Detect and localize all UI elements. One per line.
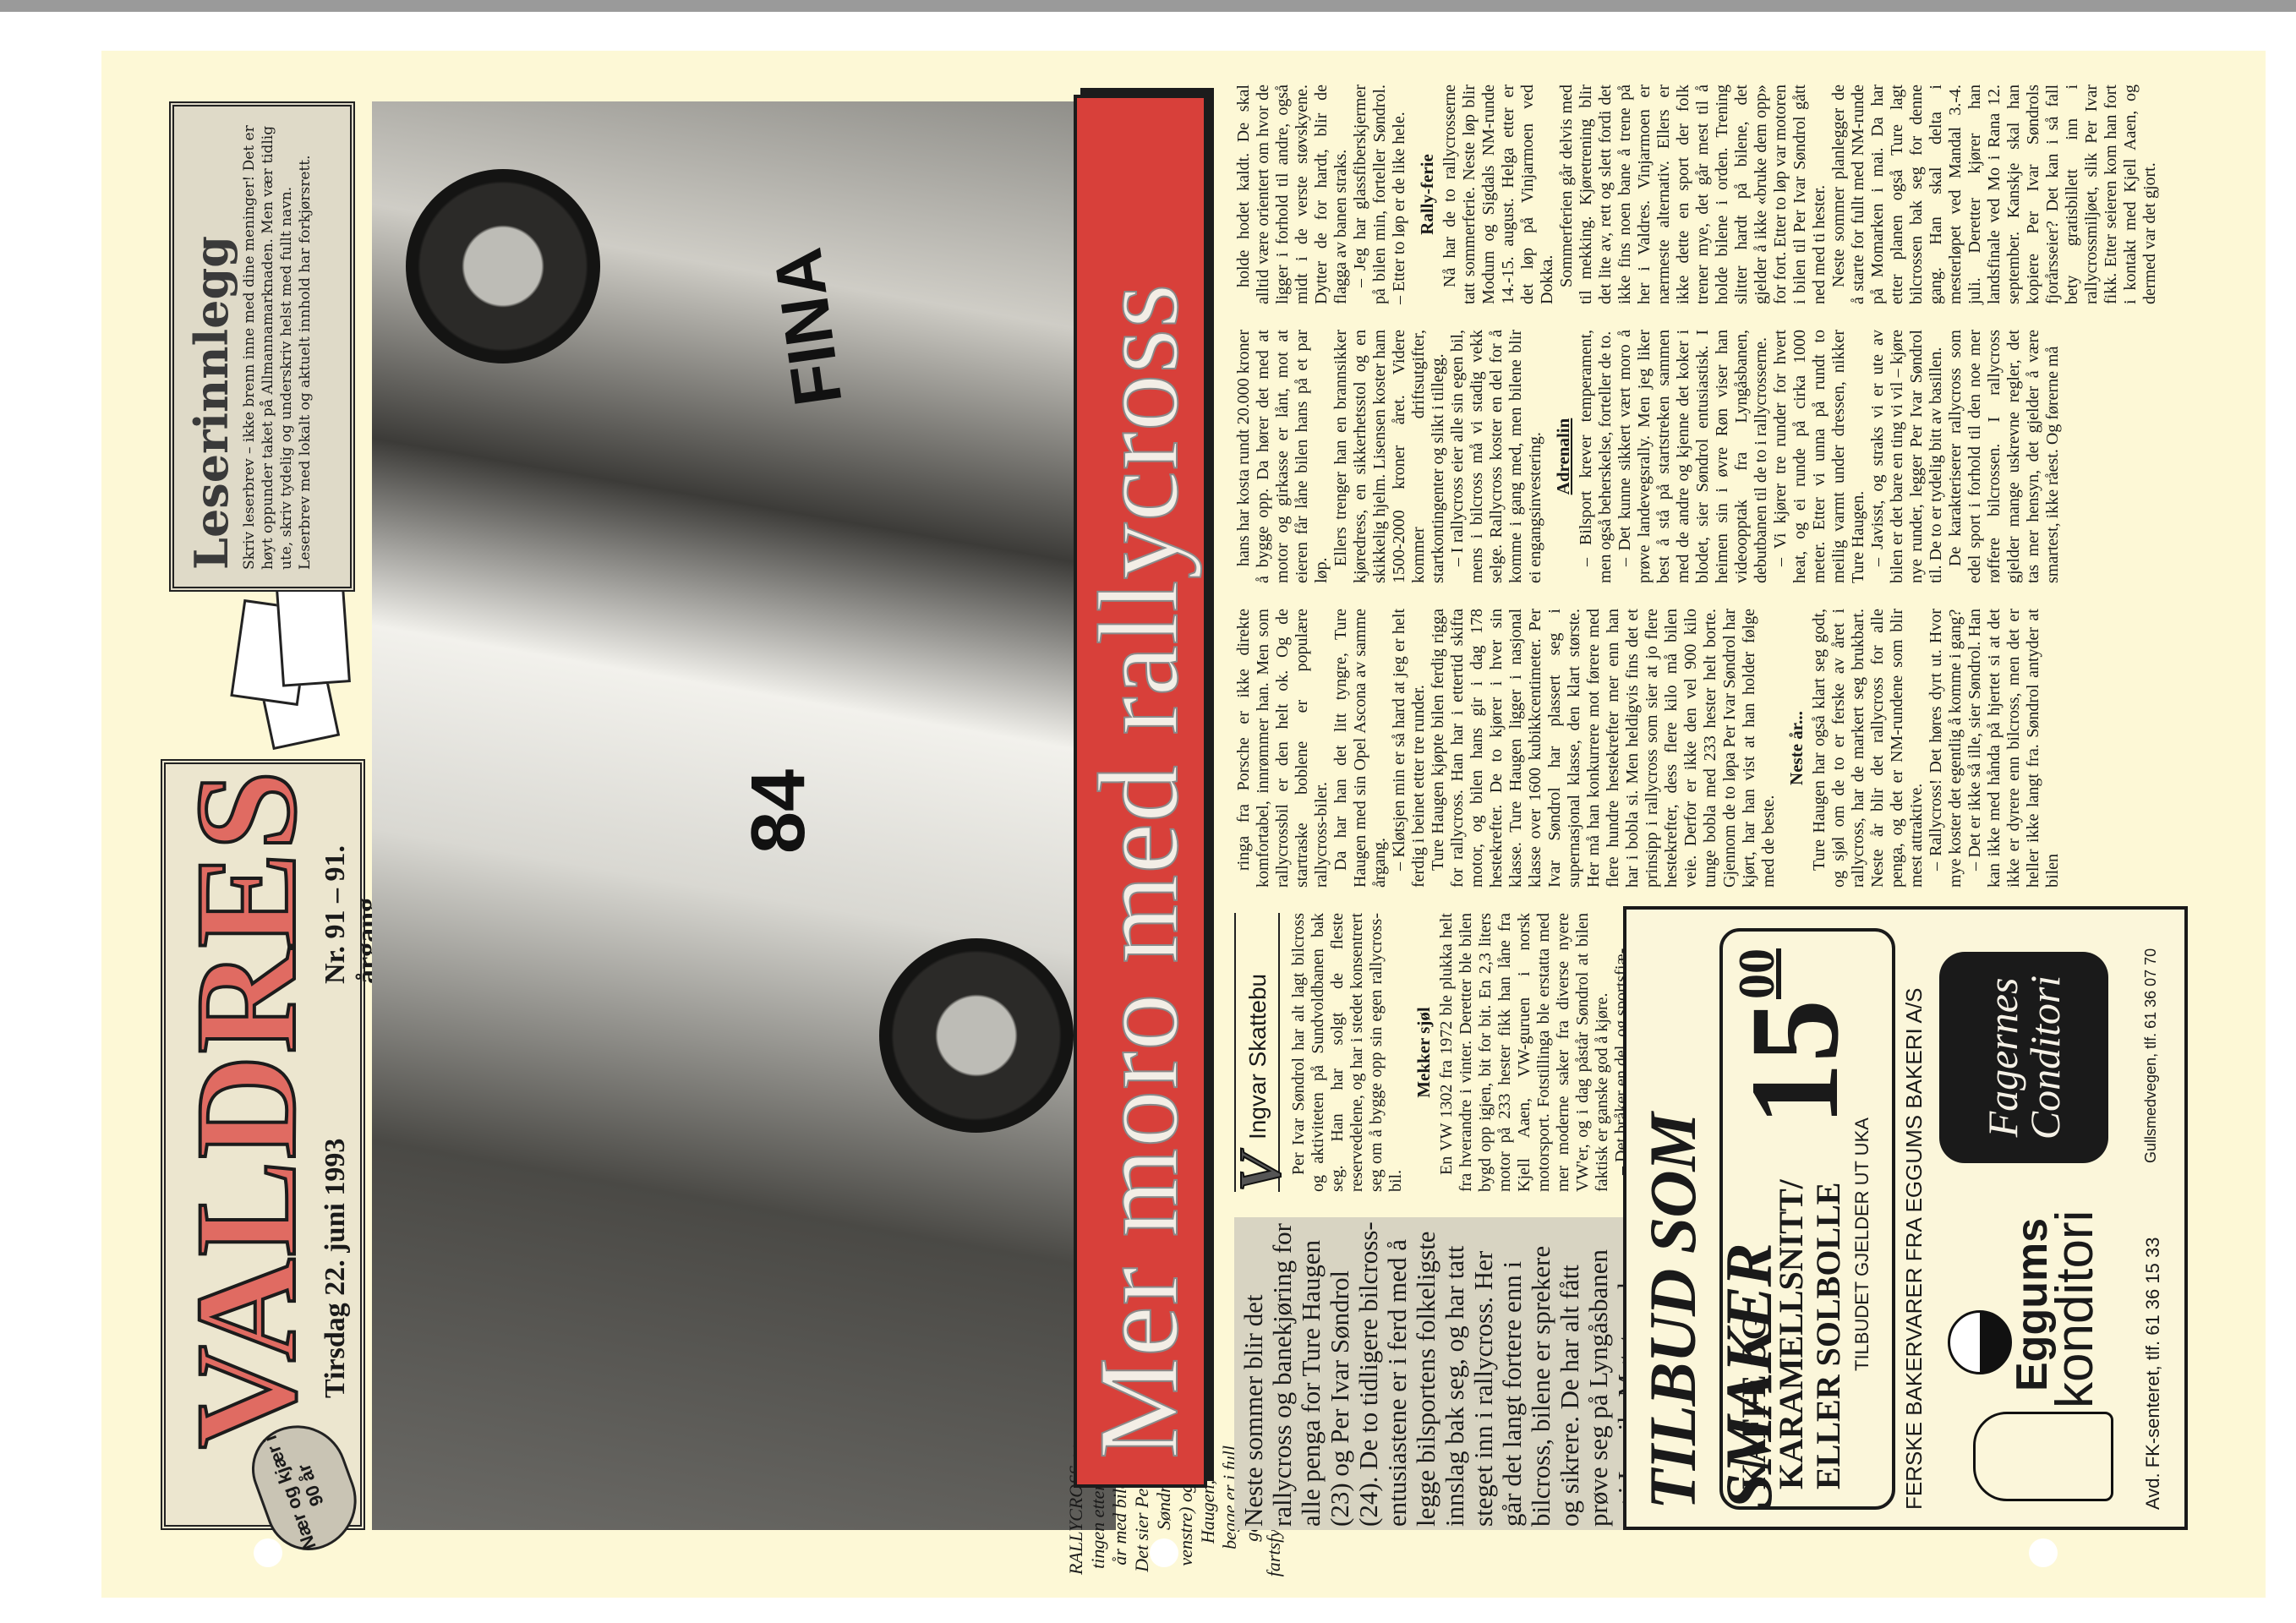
paragraph: – Bilsport krever temperament, men også … bbox=[1577, 330, 1615, 583]
paragraph: – I rallycross eier alle sin egen bil, m… bbox=[1448, 330, 1545, 583]
ad-offer-box: KAFFE OG KARAMELLSNITT/ ELLER SOLBOLLE 1… bbox=[1719, 928, 1895, 1510]
paragraph: Neste sommer planlegger de å starte for … bbox=[1829, 85, 2160, 304]
bakery-seal-icon bbox=[1948, 1310, 2012, 1374]
eggums-logo: Eggums konditori bbox=[1948, 1222, 2117, 1501]
letters-body: Skriv leserbrev – ikke brenn inne med di… bbox=[240, 123, 314, 570]
subhead: Adrenalin bbox=[1554, 330, 1573, 583]
masthead: VALDRES Nær og kjær i 90 år Tirsdag 22. … bbox=[161, 759, 365, 1530]
car-wheel bbox=[406, 169, 600, 363]
letters-title: Leserinnlegg bbox=[186, 123, 237, 570]
subhead: Rally-ferie bbox=[1418, 85, 1437, 304]
paragraph: Sommerferien går delvis med til mekking.… bbox=[1557, 85, 1829, 304]
paragraph: holde hodet kaldt. De skal alltid være o… bbox=[1234, 85, 1351, 304]
paragraph: – Vi kjører tre runder for hvert heat, o… bbox=[1771, 330, 1868, 583]
paragraph: – Jeg har glassfiberskjermer på bilen mi… bbox=[1351, 85, 1409, 304]
shop2-address: Gullsmedvegen, tlf. 61 36 07 70 bbox=[2142, 948, 2160, 1163]
paragraph: De karakteriserer rallycross som edel sp… bbox=[1946, 330, 2063, 583]
article-column-1: Per Ivar Søndrol har alt lagt bilcross o… bbox=[1289, 913, 1632, 1192]
sponsor-logo: FINA bbox=[758, 243, 857, 411]
scanner-top-band bbox=[0, 0, 2296, 12]
issue-date: Tirsdag 22. juni 1993 bbox=[320, 1139, 352, 1398]
car-number: 84 bbox=[735, 769, 823, 854]
byline-author: Ingvar Skattebu bbox=[1244, 974, 1271, 1139]
paragraph: Ellers trenger han en brannsikker kjøred… bbox=[1331, 330, 1448, 583]
ad-offer-items: KAFFE OG KARAMELLSNITT/ ELLER SOLBOLLE bbox=[1736, 1179, 1847, 1489]
shop1-sub: konditori bbox=[2045, 1210, 2105, 1408]
article-column-3: hans har kosta rundt 20.000 kroner å byg… bbox=[1234, 330, 2063, 583]
ad-item: KAFFE OG bbox=[1736, 1179, 1773, 1489]
paragraph: Nå har de to rallycrosserne tatt sommerf… bbox=[1440, 85, 1557, 304]
price-cents: 00 bbox=[1729, 948, 1785, 999]
article-headline: Mer moro med rallycross bbox=[1074, 95, 1207, 1488]
ad-item: KARAMELLSNITT/ bbox=[1773, 1179, 1810, 1489]
shop2-name: Fagernes bbox=[1982, 952, 2024, 1163]
paragraph: Per Ivar Søndrol har alt lagt bilcross o… bbox=[1289, 913, 1406, 1192]
masthead-title: VALDRES bbox=[174, 769, 318, 1449]
car-wheel bbox=[879, 938, 1074, 1133]
ad-item: ELLER SOLBOLLE bbox=[1810, 1179, 1847, 1489]
newspaper-page: VALDRES Nær og kjær i 90 år Tirsdag 22. … bbox=[101, 59, 2249, 1589]
byline: V Ingvar Skattebu bbox=[1234, 913, 1280, 1192]
subhead: Mekker sjøl bbox=[1414, 913, 1434, 1192]
paragraph: hans har kosta rundt 20.000 kroner å byg… bbox=[1234, 330, 1331, 583]
envelopes-icon bbox=[228, 592, 347, 744]
ad-fresh-line: FERSKE BAKERVARER FRA EGGUMS BAKERI A/S bbox=[1901, 988, 1927, 1510]
article-column-4: holde hodet kaldt. De skal alltid være o… bbox=[1234, 85, 2160, 304]
fagernes-conditori-logo: Fagernes Conditori bbox=[1939, 952, 2108, 1163]
paragraph: Ture Haugen har også klart seg godt, og … bbox=[1810, 609, 1927, 888]
ad-price: 1500 bbox=[1731, 948, 1858, 1126]
paragraph: – Rallycross! Det høres dyrt ut. Hvor my… bbox=[1927, 609, 1965, 888]
subhead: Neste år... bbox=[1787, 609, 1807, 888]
paragraph: ringa fra Porsche er ikke direkte komfor… bbox=[1234, 609, 1331, 888]
bakery-advertisement: TILBUD SOM SMAKER KAFFE OG KARAMELLSNITT… bbox=[1623, 906, 2188, 1530]
paragraph: – Javisst, og straks vi er ute av bilen … bbox=[1868, 330, 1946, 583]
paragraph: Da har han det litt tyngre, Ture Haugen … bbox=[1331, 609, 1390, 888]
article-column-2: ringa fra Porsche er ikke direkte komfor… bbox=[1234, 609, 2063, 888]
paragraph: – Kløtsjen min er så hard at jeg er helt… bbox=[1390, 609, 1429, 888]
paragraph: – Det er ikke så ille, sier Søndrol. Han… bbox=[1965, 609, 2063, 888]
rallycross-photo: 84 FINA bbox=[372, 101, 1116, 1530]
headline-text: Mer moro med rallycross bbox=[1080, 283, 1199, 1459]
price-main: 15 bbox=[1725, 999, 1865, 1126]
ad-offer-note: TILBUDET GJELDER UT UKA bbox=[1851, 1118, 1873, 1371]
paragraph: Ture Haugen kjøpte bilen ferdig rigga fo… bbox=[1429, 609, 1779, 888]
shop1-address: Avd. FK-senteret, tlf. 61 36 15 33 bbox=[2142, 1238, 2164, 1510]
letters-to-editor-box: Leserinnlegg Skriv leserbrev – ikke bren… bbox=[169, 101, 355, 592]
chef-icon bbox=[1973, 1412, 2113, 1501]
paragraph: – Det kunne sikkert vært moro å prøve la… bbox=[1615, 330, 1771, 583]
paragraph: En VW 1302 fra 1972 ble plukka helt fra … bbox=[1437, 913, 1612, 1192]
shop2-name: Conditori bbox=[2024, 952, 2066, 1163]
valdres-v-logo-icon: V bbox=[1227, 1152, 1295, 1192]
